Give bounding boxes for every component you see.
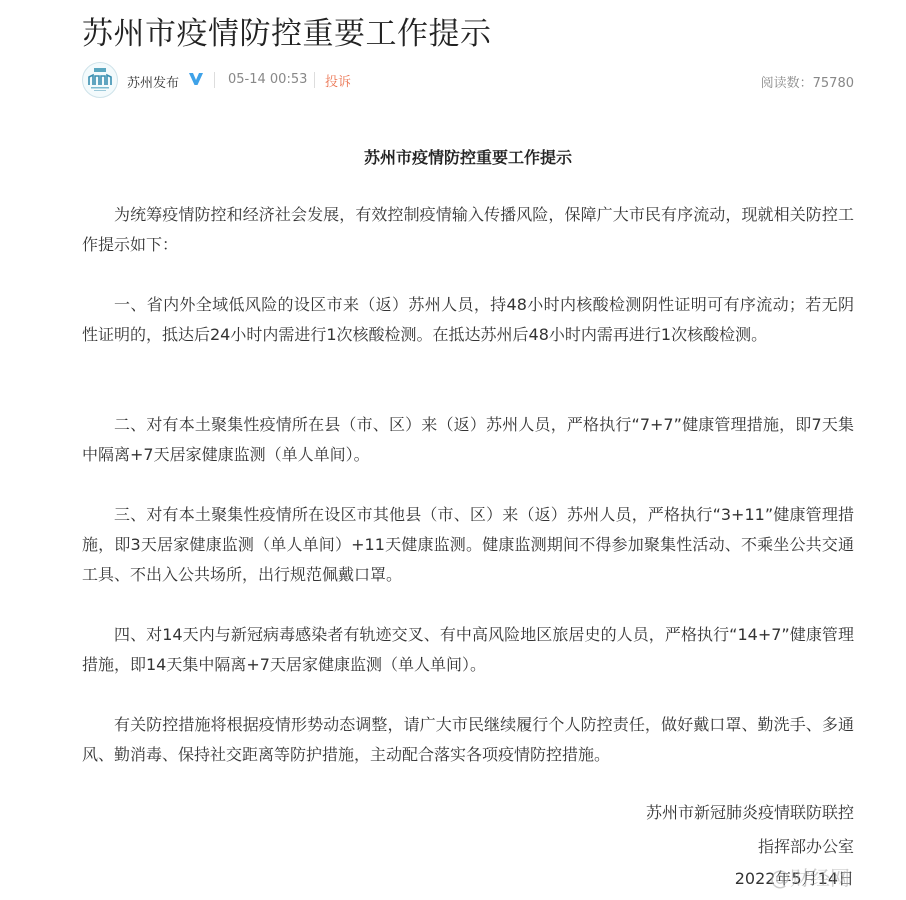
signature-org: 苏州市新冠肺炎疫情联防联控 bbox=[82, 798, 854, 828]
signature-office: 指挥部办公室 bbox=[82, 832, 854, 862]
paragraph-1: 一、省内外全域低风险的设区市来（返）苏州人员，持48小时内核酸检测阴性证明可有序… bbox=[82, 290, 854, 350]
signature-date: 2022年5月14日 bbox=[82, 864, 854, 894]
author-name[interactable]: 苏州发布 bbox=[127, 72, 179, 91]
suzhou-logo-icon bbox=[83, 63, 117, 97]
paragraph-4: 四、对14天内与新冠病毒感染者有轨迹交叉、有中高风险地区旅居史的人员，严格执行“… bbox=[82, 620, 854, 680]
paragraph-3: 三、对有本土聚集性疫情所在设区市其他县（市、区）来（返）苏州人员，严格执行“3+… bbox=[82, 500, 854, 590]
article-body: 苏州市疫情防控重要工作提示 为统筹疫情防控和经济社会发展，有效控制疫情输入传播风… bbox=[82, 140, 854, 176]
post-meta: 苏州发布 05-14 00:53 投诉 阅读数：75780 bbox=[82, 62, 854, 98]
page-title: 苏州市疫情防控重要工作提示 bbox=[82, 8, 492, 53]
paragraph-2: 二、对有本土聚集性疫情所在县（市、区）来（返）苏州人员，严格执行“7+7”健康管… bbox=[82, 410, 854, 470]
read-count: 阅读数：75780 bbox=[761, 72, 854, 91]
report-link[interactable]: 投诉 bbox=[325, 71, 351, 90]
paragraph-closing: 有关防控措施将根据疫情形势动态调整，请广大市民继续履行个人防控责任，做好戴口罩、… bbox=[82, 710, 854, 770]
paragraph-intro: 为统筹疫情防控和经济社会发展，有效控制疫情输入传播风险，保障广大市民有序流动，现… bbox=[82, 200, 854, 260]
avatar[interactable] bbox=[82, 62, 118, 98]
verified-v-icon bbox=[188, 72, 204, 86]
divider bbox=[214, 72, 215, 88]
divider bbox=[314, 72, 315, 88]
watermark: @财经网 bbox=[770, 862, 850, 891]
post-time: 05-14 00:53 bbox=[228, 72, 307, 87]
article-heading: 苏州市疫情防控重要工作提示 bbox=[82, 140, 854, 176]
